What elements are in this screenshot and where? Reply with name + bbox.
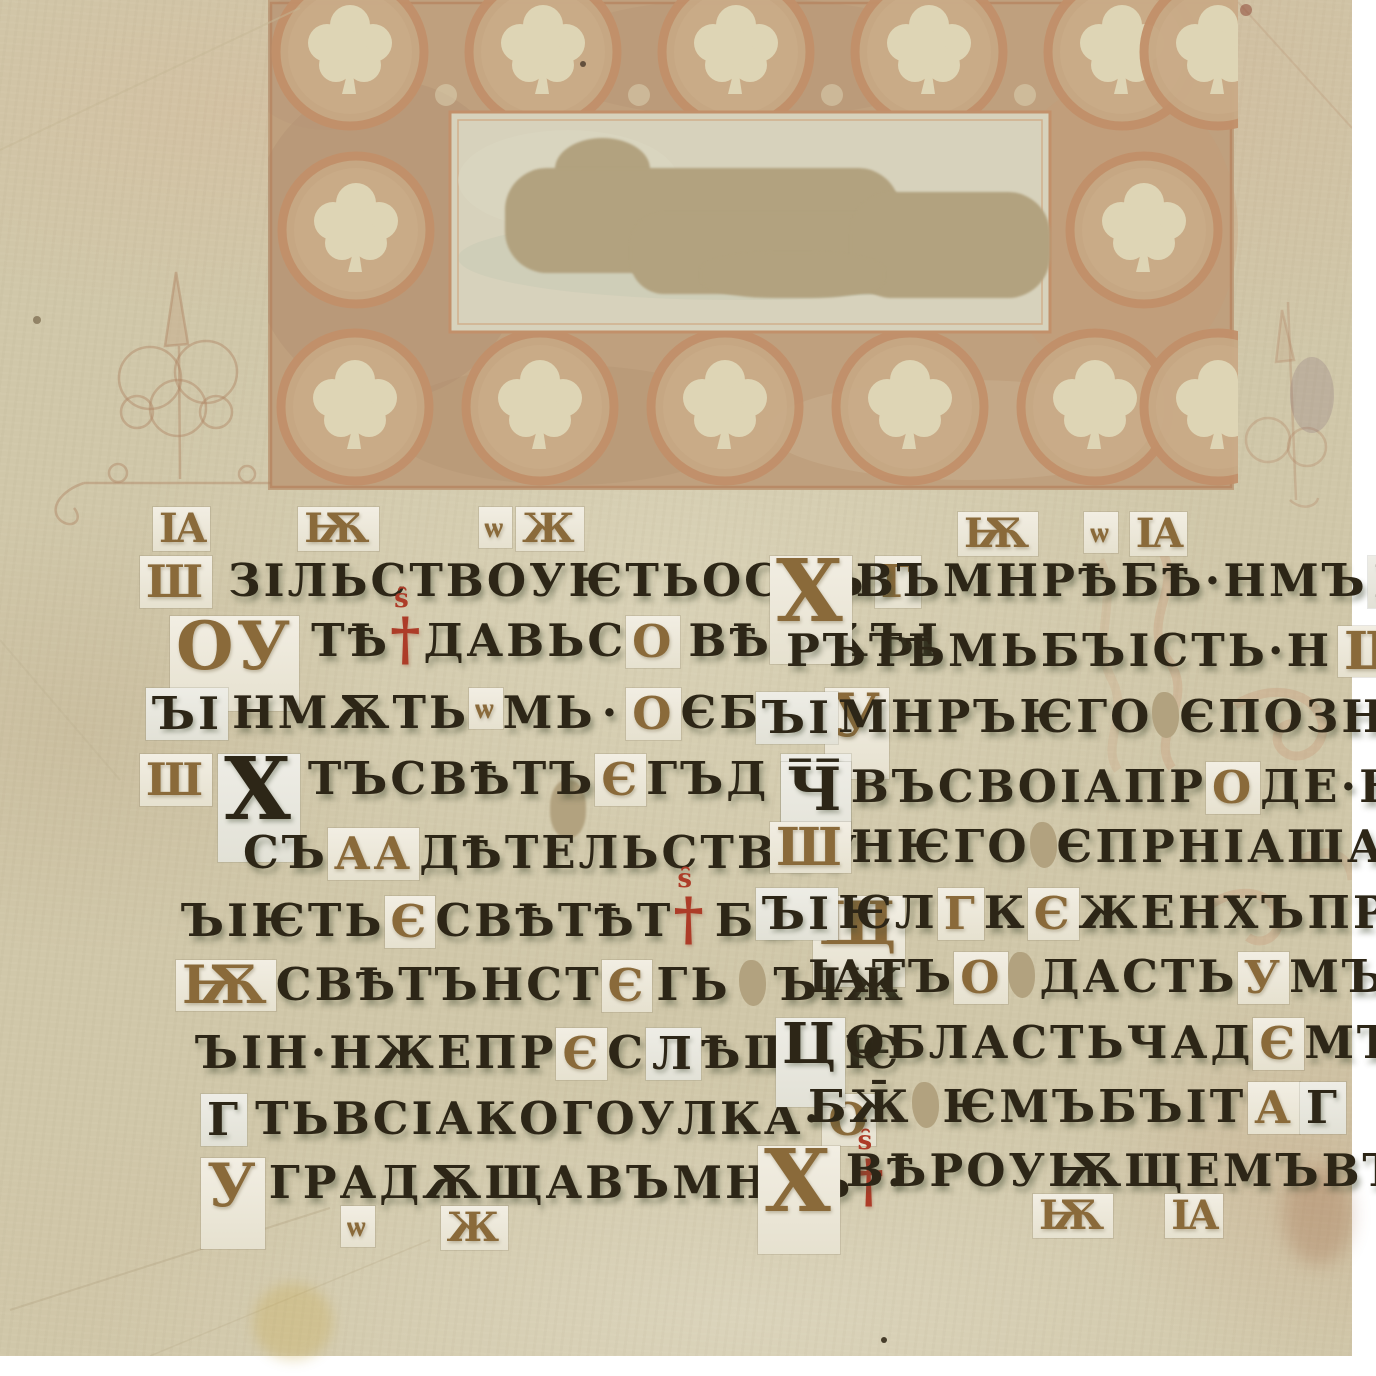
- text-line: РЪТѢМЬБЪІСТЬ·НШ: [786, 626, 1376, 677]
- paint-blotch: [1008, 952, 1035, 998]
- gilded-letters: Ш: [1338, 626, 1376, 677]
- ink-letters: НѤГО: [851, 822, 1030, 872]
- gilded-letters: АА: [328, 828, 419, 880]
- text-columns: ІАѬѡЖШЗІЛЬСТВОУѤТЬОСВѢГОУТѢ†ѕ̑ДАВЬСОВѢРѪ…: [0, 0, 1352, 1356]
- ink-letters: ІАТЪ: [808, 952, 954, 1002]
- word-gap: [212, 556, 228, 564]
- text-line: ѬІА: [1033, 1194, 1223, 1244]
- ink-letters: ·: [1205, 556, 1224, 606]
- gilded-letters: ѡ: [469, 688, 503, 729]
- ink-letters: ЪІѤТЬ: [181, 896, 385, 946]
- ink-letters: С: [607, 1028, 646, 1078]
- gilded-letters: Є: [556, 1028, 607, 1080]
- ink-letters: ЄПОЗНА: [1179, 692, 1376, 742]
- patched-letters: Г: [201, 1094, 247, 1146]
- ink-letters: ТЪСВѢТЪ: [308, 754, 596, 804]
- ink-letters: К: [984, 888, 1028, 938]
- patched-letters: Л: [646, 1028, 701, 1080]
- ink-letters: МЪ: [1289, 952, 1376, 1002]
- gilded-letters: У: [201, 1158, 265, 1249]
- gilded-letters: ѡ: [341, 1206, 375, 1247]
- ink-letters: ТЬВСІАКОГОУЛКА: [255, 1094, 803, 1144]
- text-line: ІАѬѡЖ: [153, 507, 584, 557]
- gilded-letters: Ш: [770, 822, 851, 873]
- ink-letters: СВѢТЪНСТ: [276, 960, 602, 1010]
- gilded-letters: Х: [758, 1146, 840, 1254]
- ink-letters: ОБЛАСТЬЧАД: [845, 1018, 1253, 1068]
- word-gap: [731, 960, 739, 968]
- gilded-letters: Ш: [140, 754, 212, 806]
- patched-letters: ЪІ: [146, 688, 228, 740]
- gilded-letters: Є: [1253, 1018, 1304, 1070]
- word-gap: [379, 507, 479, 515]
- ink-letters: ВѢРОУѬЩЕМЪВЪ: [846, 1146, 1376, 1196]
- ink-letters: СЪ: [243, 828, 328, 878]
- gilded-letters: О: [1206, 762, 1260, 814]
- gilded-letters: Ѭ: [176, 960, 276, 1011]
- word-gap: [1118, 512, 1130, 520]
- paint-blotch: [1030, 822, 1057, 868]
- gilded-letters: У: [1238, 952, 1290, 1004]
- patched-letters: ЪІ: [756, 888, 838, 940]
- word-gap: [769, 754, 781, 762]
- gilded-letters: ІА: [1130, 512, 1187, 556]
- gilded-letters: Ѭ: [1033, 1194, 1113, 1238]
- ink-letters: ДАВЬС: [424, 616, 627, 666]
- ink-letters: ГЪД: [646, 754, 769, 804]
- gilded-letters: Є: [595, 754, 646, 806]
- gilded-letters: О: [954, 952, 1008, 1004]
- gilded-letters: Ж: [441, 1206, 508, 1250]
- text-line: БЖ̄ѤМЪБЪІТАГ: [808, 1082, 1346, 1134]
- red-cross: †ѕ̑: [390, 616, 423, 662]
- word-gap: [707, 896, 715, 904]
- abbreviation-mark: ѕ̑: [677, 869, 692, 890]
- gilded-letters: Ѭ: [298, 507, 378, 551]
- ink-letters: ВЪМНРѢБѢ: [856, 556, 1205, 606]
- word-gap: [299, 616, 311, 624]
- word-gap: [375, 1206, 441, 1214]
- gilded-letters: Г: [938, 888, 984, 940]
- word-gap: [1113, 1194, 1165, 1202]
- gilded-letters: А: [1248, 1082, 1300, 1134]
- text-line: ѡЖ: [341, 1206, 508, 1256]
- ink-letters: НМѪТЬ: [232, 688, 469, 738]
- gilded-letters: Ш: [140, 556, 212, 608]
- ink-letters: ѤЛ: [838, 888, 938, 938]
- red-cross: †ѕ̑: [673, 896, 706, 942]
- ink-letters: ДАСТЬ: [1039, 952, 1237, 1002]
- ink-letters: ·: [602, 688, 621, 738]
- paint-blotch: [739, 960, 766, 1006]
- gilded-letters: ІА: [1165, 1194, 1222, 1238]
- text-line: СЪААДѢТЕЛЬСТВОУ: [243, 828, 860, 880]
- patched-letters: І: [1368, 556, 1376, 608]
- manuscript-page: ІАѬѡЖШЗІЛЬСТВОУѤТЬОСВѢГОУТѢ†ѕ̑ДАВЬСОВѢРѪ…: [0, 0, 1376, 1376]
- gilded-letters: Ѭ: [958, 512, 1038, 556]
- ink-letters: ГЬ: [656, 960, 730, 1010]
- gilded-letters: Є: [385, 896, 436, 948]
- gilded-letters: Є: [602, 960, 653, 1012]
- word-gap: [247, 1094, 255, 1102]
- gilded-letters: О: [626, 616, 680, 668]
- text-line: ШНѤГОЄПРНІАША†ѕ̑: [770, 822, 1376, 873]
- ink-letters: РЪТѢМЬБЪІСТЬ·Н: [786, 626, 1332, 676]
- text-line: ЪІѤЛГКЄЖЕНХЪПРНѡ: [756, 888, 1376, 940]
- ink-letters: ТѢ: [311, 616, 390, 666]
- ink-letters: МЪ: [1304, 1018, 1376, 1068]
- ink-letters: ЖЕНХЪПРН: [1079, 888, 1376, 938]
- ink-letters: ѤМЪБЪІТ: [943, 1082, 1247, 1132]
- ink-letters: СВѢТѢТ: [435, 896, 673, 946]
- gilded-letters: ѡ: [479, 507, 513, 548]
- paint-blotch: [912, 1082, 939, 1128]
- text-line: ѬСВѢТЪНСТЄГЬЪІЖ: [176, 960, 906, 1012]
- word-gap: [1038, 512, 1084, 520]
- patched-letters: Г: [1300, 1082, 1346, 1134]
- ink-letters: ЪІН·НЖЕПР: [195, 1028, 556, 1078]
- ink-letters: ВЪСВОІАПР: [851, 762, 1206, 812]
- word-gap: [766, 960, 774, 968]
- ink-letters: МНРЪѤГО: [838, 692, 1152, 742]
- ink-letters: НМЪ: [1223, 556, 1367, 606]
- ink-letters: ДЕ·НСВО: [1260, 762, 1376, 812]
- gilded-letters: ѡ: [1084, 512, 1118, 553]
- ink-letters: БЖ̄: [808, 1082, 912, 1132]
- paint-blotch: [1152, 692, 1179, 738]
- ink-letters: МЬ: [503, 688, 596, 738]
- gilded-letters: Є: [1028, 888, 1079, 940]
- word-gap: [210, 507, 298, 515]
- gilded-letters: ІА: [153, 507, 210, 551]
- gilded-letters: Ж: [516, 507, 583, 551]
- patched-letters: ЪІ: [756, 692, 838, 744]
- gilded-letters: О: [626, 688, 680, 740]
- text-line: ЪІМНРЪѤГОЄПОЗНА†ѕ̑·: [756, 692, 1376, 744]
- abbreviation-mark: ѕ̑: [394, 589, 409, 610]
- ink-letters: ЄПРНІАША: [1057, 822, 1376, 872]
- word-gap: [300, 754, 308, 762]
